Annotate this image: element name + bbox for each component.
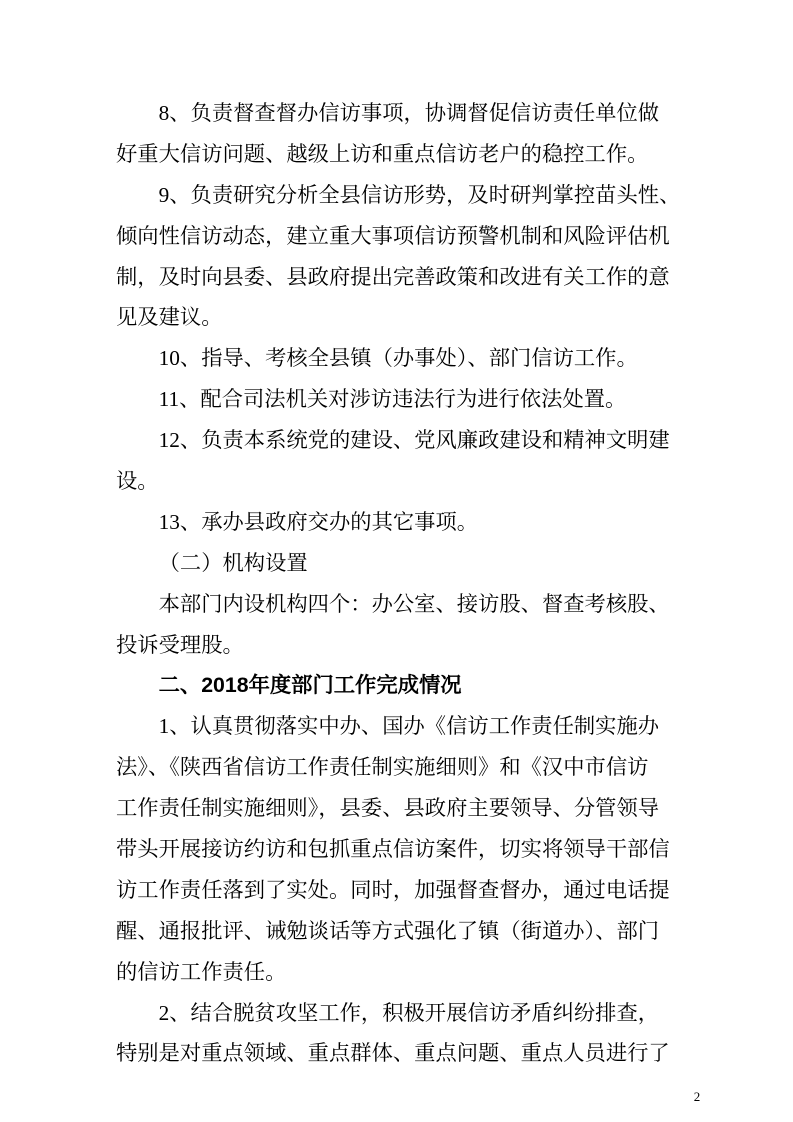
text-line: 9、负责研究分析全县信访形势，及时研判掌控苗头性、 <box>116 175 670 216</box>
text-line: 法》、《陕西省信访工作责任制实施细则》和《汉中市信访 <box>116 747 670 788</box>
text-line: 特别是对重点领域、重点群体、重点问题、重点人员进行了 <box>116 1033 670 1074</box>
text-line: 带头开展接访约访和包抓重点信访案件，切实将领导干部信 <box>116 829 670 870</box>
document-page: 8、负责督查督办信访事项，协调督促信访责任单位做好重大信访问题、越级上访和重点信… <box>0 0 793 1122</box>
section-heading: 二、2018年度部门工作完成情况 <box>116 665 670 706</box>
text-line: 设。 <box>116 461 670 502</box>
text-line: 倾向性信访动态，建立重大事项信访预警机制和风险评估机 <box>116 216 670 257</box>
text-line: 好重大信访问题、越级上访和重点信访老户的稳控工作。 <box>116 134 670 175</box>
text-line: 制，及时向县委、县政府提出完善政策和改进有关工作的意 <box>116 257 670 298</box>
text-line: 访工作责任落到了实处。同时，加强督查督办，通过电话提 <box>116 870 670 911</box>
text-line: 1、认真贯彻落实中办、国办《信访工作责任制实施办 <box>116 706 670 747</box>
page-number: 2 <box>689 1089 705 1105</box>
text-line: 本部门内设机构四个：办公室、接访股、督查考核股、 <box>116 584 670 625</box>
text-line: 8、负责督查督办信访事项，协调督促信访责任单位做 <box>116 93 670 134</box>
text-line: 投诉受理股。 <box>116 625 670 666</box>
text-line: 12、负责本系统党的建设、党风廉政建设和精神文明建 <box>116 420 670 461</box>
text-line: 工作责任制实施细则》，县委、县政府主要领导、分管领导 <box>116 788 670 829</box>
text-line: 见及建议。 <box>116 297 670 338</box>
text-line: 13、承办县政府交办的其它事项。 <box>116 502 670 543</box>
text-line: 10、指导、考核全县镇（办事处）、部门信访工作。 <box>116 338 670 379</box>
text-line: 2、结合脱贫攻坚工作，积极开展信访矛盾纠纷排查， <box>116 993 670 1034</box>
document-body: 8、负责督查督办信访事项，协调督促信访责任单位做好重大信访问题、越级上访和重点信… <box>116 93 670 1074</box>
text-line: 11、配合司法机关对涉访违法行为进行依法处置。 <box>116 379 670 420</box>
text-line: 醒、通报批评、诫勉谈话等方式强化了镇（街道办）、部门 <box>116 911 670 952</box>
text-line: 的信访工作责任。 <box>116 952 670 993</box>
text-line: （二）机构设置 <box>116 543 670 584</box>
